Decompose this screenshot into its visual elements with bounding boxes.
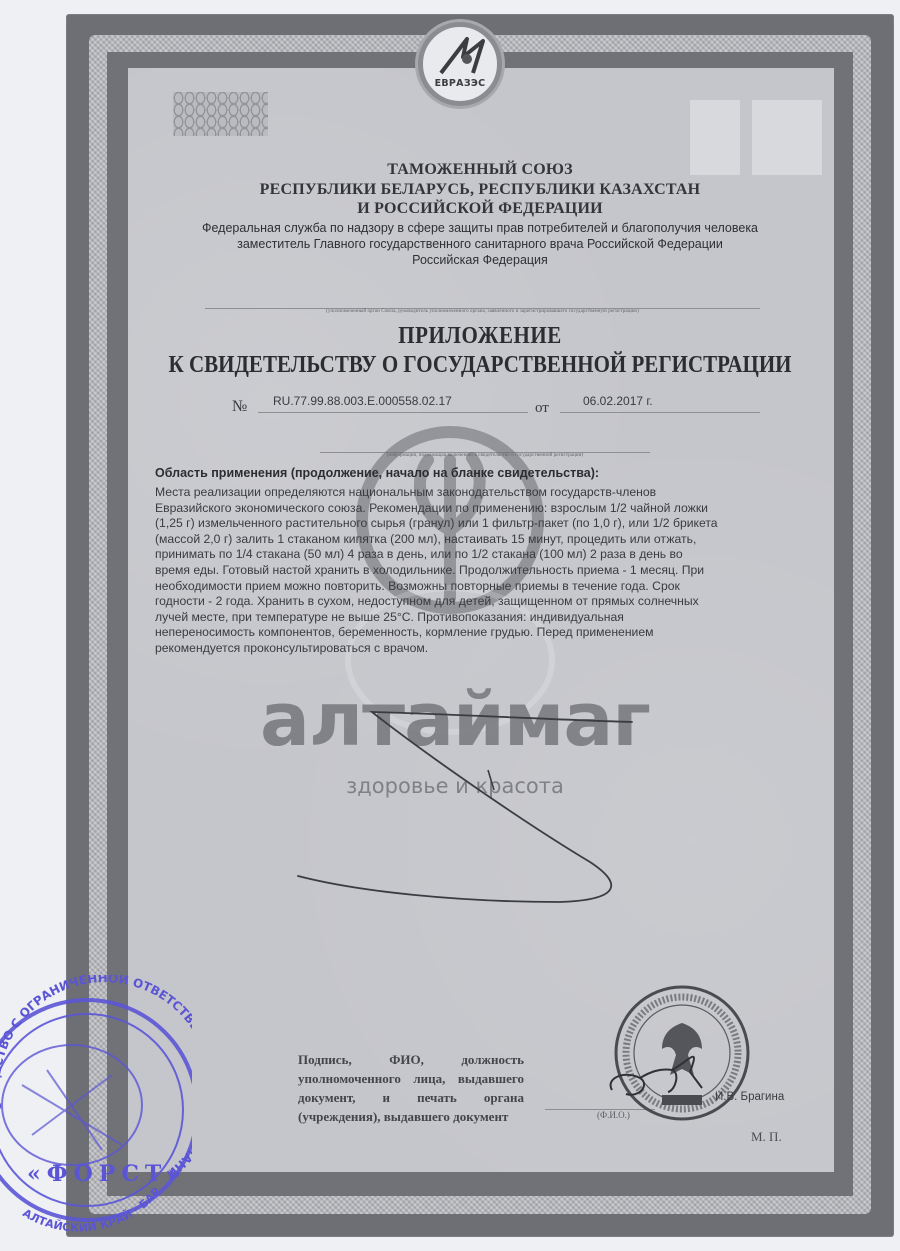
svg-text:«ФОРСТ»: «ФОРСТ» (27, 1161, 187, 1187)
seal-place-label: М. П. (751, 1129, 782, 1145)
body-line: (массой 2,0 г) залить 1 стаканом кипятка… (155, 532, 823, 548)
body-text: Места реализации определяются национальн… (155, 485, 823, 657)
emblem-label: ЕВРАЗЭС (435, 78, 486, 89)
section-title: Область применения (продолжение, начало … (155, 466, 599, 480)
title-appendix: ПРИЛОЖЕНИЕ (130, 321, 830, 350)
registration-date: 06.02.2017 г. (583, 394, 653, 408)
header-agency: Федеральная служба по надзору в сфере за… (130, 220, 830, 236)
header-line-3: И РОССИЙСКОЙ ФЕДЕРАЦИИ (130, 199, 830, 219)
watermark-brand: алтаймаг (210, 680, 700, 760)
eurasec-emblem: ЕВРАЗЭС (418, 22, 502, 106)
header-country: Российская Федерация (130, 252, 830, 268)
body-line: необходимости прием можно повторить. Воз… (155, 579, 823, 595)
watermark-tagline: здоровье и красота (210, 774, 700, 798)
body-line: Евразийского экономического союза. Реком… (155, 501, 823, 517)
body-line: Места реализации определяются национальн… (155, 485, 823, 501)
registration-number: RU.77.99.88.003.E.000558.02.17 (273, 394, 452, 408)
header-line-1: ТАМОЖЕННЫЙ СОЮЗ (130, 160, 830, 180)
body-line: время еды. Готовый настой хранить в холо… (155, 563, 823, 579)
header-position: заместитель Главного государственного са… (130, 236, 830, 252)
number-rule (258, 412, 528, 413)
header-line-2: РЕСПУБЛИКИ БЕЛАРУСЬ, РЕСПУБЛИКИ КАЗАХСТА… (130, 180, 830, 200)
body-line: принимать по 1/4 стакана (50 мл) 4 раза … (155, 547, 823, 563)
date-rule (560, 412, 760, 413)
title-certificate: К СВИДЕТЕЛЬСТВУ О ГОСУДАРСТВЕННОЙ РЕГИСТ… (130, 350, 830, 379)
body-line: лучей месте, при температуре не выше 25°… (155, 610, 823, 626)
body-line: рекомендуется проконсультироваться с вра… (155, 641, 823, 657)
guilloche-pattern (173, 92, 268, 136)
company-stamp-icon: ОБЩЕСТВО С ОГРАНИЧЕННОЙ ОТВЕТСТВЕННОСТЬЮ… (0, 975, 192, 1245)
body-line: непереносимость компонентов, беременност… (155, 625, 823, 641)
signature-caption: Подпись, ФИО, должность уполномоченного … (298, 1050, 524, 1126)
number-sign: № (232, 398, 247, 416)
eurasec-logo-icon (437, 35, 493, 79)
svg-text:ОБЩЕСТВО С ОГРАНИЧЕННОЙ ОТВЕТС: ОБЩЕСТВО С ОГРАНИЧЕННОЙ ОТВЕТСТВЕННОСТЬЮ… (0, 975, 192, 1181)
body-line: годности - 2 года. Хранить в сухом, недо… (155, 594, 823, 610)
authority-caption: (уполномоченный орган Союза, руководител… (205, 309, 760, 314)
signatory-name: И.В. Брагина (715, 1091, 784, 1103)
date-prefix: от (535, 400, 549, 417)
body-line: (1,25 г) измельченного растительного сыр… (155, 516, 823, 532)
